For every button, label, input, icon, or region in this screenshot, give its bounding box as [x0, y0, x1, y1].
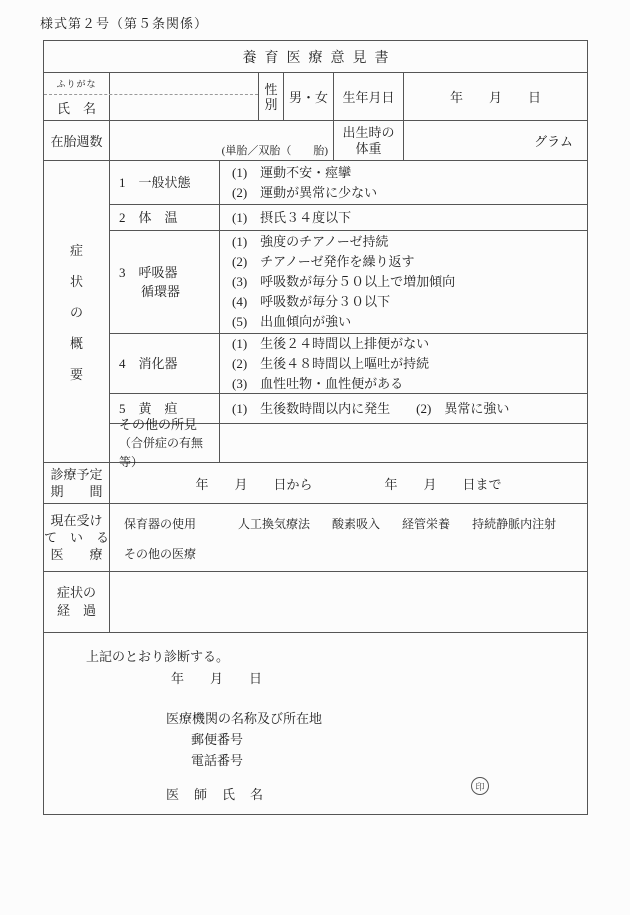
birth-weight-value-area: グラム — [404, 121, 587, 160]
postal-code-label: 郵便番号 — [191, 729, 587, 748]
symptoms-label-char-1: 症 — [70, 240, 83, 259]
detail-line: (1) 摂氏３４度以下 — [232, 208, 587, 228]
symptom-details-respiratory: (1) 強度のチアノーゼ持続 (2) チアノーゼ発作を繰り返す (3) 呼吸数が… — [220, 231, 587, 333]
inkan-seal-icon: 印 — [471, 777, 489, 795]
symptom-details-temperature: (1) 摂氏３４度以下 — [220, 205, 587, 230]
detail-line: (2) 生後４８時間以上嘔吐が持続 — [232, 354, 587, 374]
form-number: 様式第２号（第５条関係） — [40, 13, 208, 32]
symptom-category-general: 1 一般状態 — [110, 161, 220, 204]
weight-unit: グラム — [534, 131, 573, 150]
symptom-details-jaundice: (1) 生後数時間以内に発生 (2) 異常に強い — [220, 394, 587, 423]
title-row: 養育医療意見書 — [44, 41, 587, 73]
furigana-input-area — [110, 73, 258, 94]
treatment-period-label: 診療予定 期 間 — [44, 463, 110, 503]
detail-line: (3) 血性吐物・血性便がある — [232, 374, 587, 394]
medical-opinion-form-table: 養育医療意見書 ふりがな 氏 名 性 別 男・女 生年月日 年 月 日 — [43, 40, 588, 815]
symptom-details-digestive: (1) 生後２４時間以上排便がない (2) 生後４８時間以上嘔吐が持続 (3) … — [220, 334, 587, 393]
progress-label-line-1: 症状の — [57, 584, 96, 602]
sex-value: 男・女 — [284, 73, 334, 120]
care-label-line-2: て い る — [44, 529, 109, 546]
sex-label-char-2: 別 — [264, 97, 277, 112]
symptoms-rows: 1 一般状態 (1) 運動不安・痙攣 (2) 運動が異常に少ない 2 体 温 (… — [110, 161, 587, 462]
signature-block: 上記のとおり診断する。 年 月 日 医療機関の名称及び所在地 郵便番号 電話番号… — [44, 633, 587, 814]
name-subrow: 氏 名 — [44, 95, 258, 120]
category-label: 4 消化器 — [119, 354, 219, 373]
category-label: その他の所見 — [119, 415, 219, 434]
current-care-label: 現在受け て い る 医 療 — [44, 504, 110, 571]
birth-weight-label: 出生時の 体重 — [334, 121, 404, 160]
category-label-line2: 循環器 — [119, 282, 219, 301]
furigana-subrow: ふりがな — [44, 73, 258, 95]
symptom-category-respiratory: 3 呼吸器 循環器 — [110, 231, 220, 333]
phone-number-label: 電話番号 — [191, 750, 587, 769]
period-label-line-1: 診療予定 — [50, 466, 102, 483]
symptoms-label-char-2: 状 — [70, 271, 83, 290]
other-findings-input-area — [220, 424, 587, 463]
birth-weight-label-line-2: 体重 — [355, 141, 381, 157]
furigana-label: ふりがな — [44, 73, 110, 94]
gestation-label: 在胎週数 — [44, 121, 110, 160]
birthdate-label: 生年月日 — [334, 73, 404, 120]
symptoms-section-label: 症 状 の 概 要 — [44, 161, 110, 462]
category-label: 2 体 温 — [119, 208, 219, 227]
detail-line: (4) 呼吸数が毎分３０以下 — [232, 292, 587, 312]
birth-weight-label-line-1: 出生時の — [342, 125, 394, 141]
detail-line: (3) 呼吸数が毎分５０以上で増加傾向 — [232, 272, 587, 292]
seal-character: 印 — [475, 780, 484, 793]
symptom-row-general: 1 一般状態 (1) 運動不安・痙攣 (2) 運動が異常に少ない — [110, 161, 587, 205]
sex-label: 性 別 — [259, 73, 284, 120]
gestation-note: (単胎／双胎（ 胎) — [222, 142, 328, 158]
detail-line: (1) 生後数時間以内に発生 (2) 異常に強い — [232, 399, 587, 419]
symptoms-label-char-3: の — [70, 302, 83, 321]
page-title: 養育医療意見書 — [235, 47, 397, 67]
gestation-row: 在胎週数 (単胎／双胎（ 胎) 出生時の 体重 グラム — [44, 121, 587, 161]
symptom-category-temperature: 2 体 温 — [110, 205, 220, 230]
symptom-row-respiratory: 3 呼吸器 循環器 (1) 強度のチアノーゼ持続 (2) チアノーゼ発作を繰り返… — [110, 231, 587, 334]
treatment-period-row: 診療予定 期 間 年 月 日から 年 月 日まで — [44, 463, 587, 504]
treatment-tube-feeding: 経管栄養 — [402, 515, 450, 532]
care-label-line-3: 医 療 — [50, 546, 102, 563]
current-care-value-area: 保育器の使用 人工換気療法 酸素吸入 経管栄養 持続静脈内注射 その他の医療 — [110, 504, 587, 571]
detail-line: (5) 出血傾向が強い — [232, 312, 587, 332]
period-from: 年 月 日から — [195, 474, 312, 493]
period-label-line-2: 期 間 — [50, 483, 102, 500]
diagnosis-statement: 上記のとおり診断する。 — [86, 646, 587, 665]
institution-label: 医療機関の名称及び所在地 — [166, 708, 587, 727]
name-row: ふりがな 氏 名 性 別 男・女 生年月日 年 月 日 — [44, 73, 587, 121]
treatment-ventilation: 人工換気療法 — [238, 515, 310, 532]
symptom-category-other-findings: その他の所見 （合併症の有無等） — [110, 424, 220, 463]
detail-line: (1) 生後２４時間以上排便がない — [232, 334, 587, 354]
form-page: 様式第２号（第５条関係） 養育医療意見書 ふりがな 氏 名 性 別 男 — [0, 0, 630, 915]
symptom-details-general: (1) 運動不安・痙攣 (2) 運動が異常に少ない — [220, 161, 587, 204]
care-treatments-line: 保育器の使用 人工換気療法 酸素吸入 経管栄養 持続静脈内注射 — [124, 515, 587, 532]
name-input-area — [110, 95, 258, 120]
category-label: 1 一般状態 — [119, 173, 219, 192]
detail-line: (1) 強度のチアノーゼ持続 — [232, 232, 587, 252]
diagnosis-date-line: 年 月 日 — [171, 668, 587, 687]
sex-label-char-1: 性 — [264, 82, 277, 97]
current-care-row: 現在受け て い る 医 療 保育器の使用 人工換気療法 酸素吸入 経管栄養 持… — [44, 504, 587, 572]
period-to: 年 月 日まで — [385, 474, 502, 493]
name-label: 氏 名 — [44, 95, 110, 120]
symptoms-block: 症 状 の 概 要 1 一般状態 (1) 運動不安・痙攣 (2) 運動が異常に少… — [44, 161, 587, 463]
progress-label-line-2: 経 過 — [57, 602, 96, 620]
symptom-progress-input-area — [110, 572, 587, 632]
category-label: 3 呼吸器 — [119, 263, 219, 282]
treatment-incubator: 保育器の使用 — [124, 515, 196, 532]
name-block: ふりがな 氏 名 — [44, 73, 259, 120]
treatment-oxygen: 酸素吸入 — [332, 515, 380, 532]
birthdate-value-area: 年 月 日 — [404, 73, 587, 120]
gestation-input-area: (単胎／双胎（ 胎) — [110, 121, 334, 160]
detail-line: (2) チアノーゼ発作を繰り返す — [232, 252, 587, 272]
symptom-row-other-findings: その他の所見 （合併症の有無等） — [110, 424, 587, 463]
symptom-progress-row: 症状の 経 過 — [44, 572, 587, 633]
symptom-progress-label: 症状の 経 過 — [44, 572, 110, 632]
treatment-iv-injection: 持続静脈内注射 — [472, 515, 556, 532]
detail-line: (2) 運動が異常に少ない — [232, 183, 587, 203]
treatment-other: その他の医療 — [124, 545, 587, 562]
symptom-row-digestive: 4 消化器 (1) 生後２４時間以上排便がない (2) 生後４８時間以上嘔吐が持… — [110, 334, 587, 394]
symptoms-label-char-4: 概 — [70, 333, 83, 352]
symptoms-label-char-5: 要 — [70, 364, 83, 383]
care-label-line-1: 現在受け — [50, 512, 102, 529]
detail-line: (1) 運動不安・痙攣 — [232, 163, 587, 183]
doctor-name-label: 医 師 氏 名 — [166, 784, 587, 803]
treatment-period-value-area: 年 月 日から 年 月 日まで — [110, 463, 587, 503]
symptom-row-temperature: 2 体 温 (1) 摂氏３４度以下 — [110, 205, 587, 231]
symptom-category-digestive: 4 消化器 — [110, 334, 220, 393]
